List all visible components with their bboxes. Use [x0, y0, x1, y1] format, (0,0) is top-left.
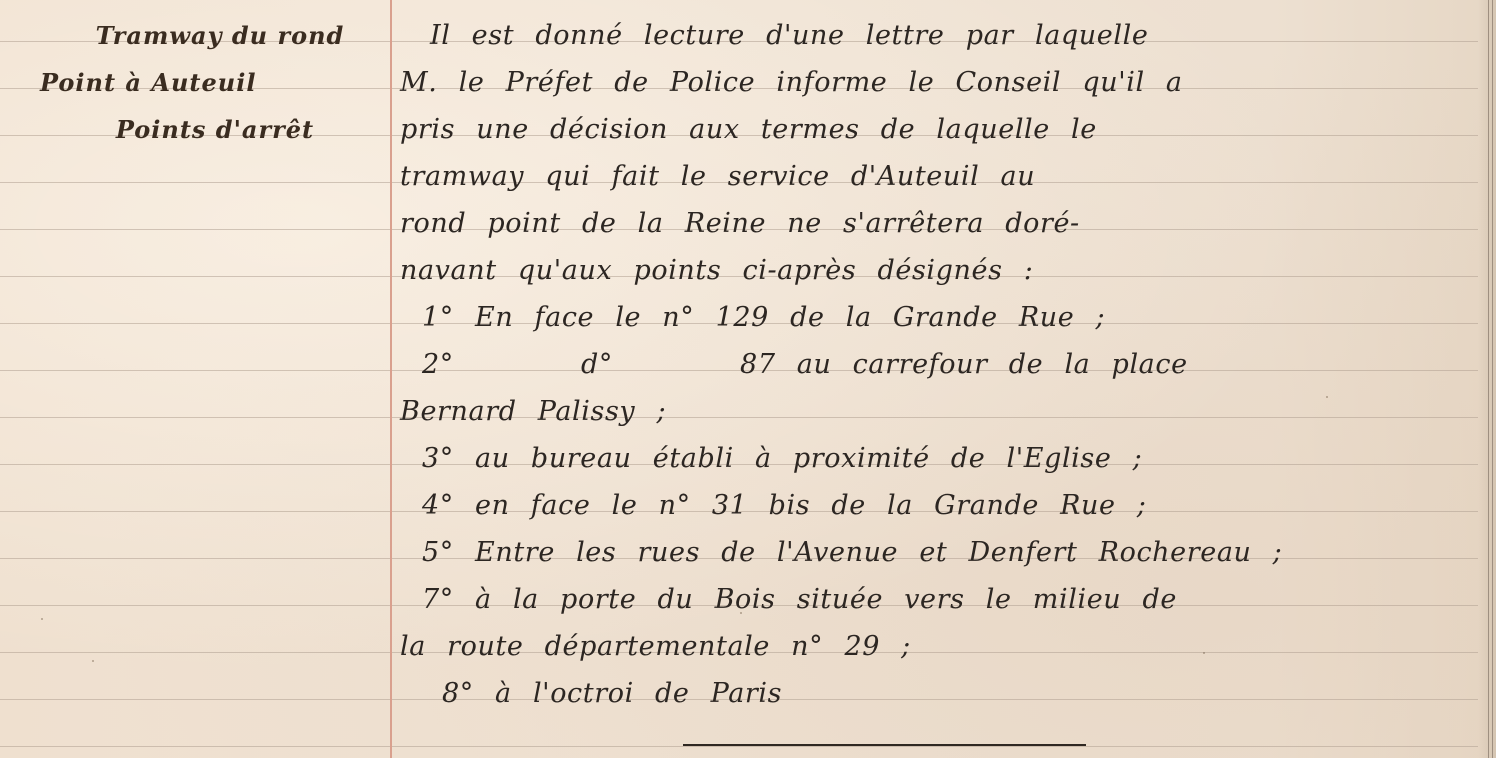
body-line: pris une décision aux termes de laquelle…: [400, 106, 1470, 153]
register-page: Tramway du rond Point à Auteuil Points d…: [0, 0, 1496, 758]
list-item-stop: 2° d° 87 au carrefour de la place: [400, 341, 1470, 388]
paper-speck: [1326, 396, 1328, 398]
paper-speck: [740, 612, 742, 614]
margin-heading: Tramway du rond Point à Auteuil Points d…: [40, 12, 380, 153]
list-item-stop: 1° En face le n° 129 de la Grande Rue ;: [400, 294, 1470, 341]
body-line: tramway qui fait le service d'Auteuil au: [400, 153, 1470, 200]
page-edge-line: [1492, 0, 1493, 758]
page-edge-shadow: [1478, 0, 1496, 758]
paper-speck: [92, 660, 94, 662]
body-line: Il est donné lecture d'une lettre par la…: [400, 12, 1470, 59]
minutes-entry: Il est donné lecture d'une lettre par la…: [400, 12, 1470, 717]
body-line: rond point de la Reine ne s'arrêtera dor…: [400, 200, 1470, 247]
body-line: la route départementale n° 29 ;: [400, 623, 1470, 670]
page-edge-line: [1488, 0, 1489, 758]
body-line: Bernard Palissy ;: [400, 388, 1470, 435]
margin-heading-line: Tramway du rond: [40, 12, 380, 59]
list-item-stop: 8° à l'octroi de Paris: [400, 670, 1470, 717]
closing-rule: [683, 744, 1086, 746]
list-item-stop: 5° Entre les rues de l'Avenue et Denfert…: [400, 529, 1470, 576]
list-item-stop: 3° au bureau établi à proximité de l'Egl…: [400, 435, 1470, 482]
body-line: M. le Préfet de Police informe le Consei…: [400, 59, 1470, 106]
paper-speck: [1203, 652, 1205, 654]
paper-speck: [41, 618, 43, 620]
body-line: navant qu'aux points ci-après désignés :: [400, 247, 1470, 294]
margin-rule: [390, 0, 392, 758]
margin-heading-line: Point à Auteuil: [40, 59, 380, 106]
list-item-stop: 7° à la porte du Bois située vers le mil…: [400, 576, 1470, 623]
list-item-stop: 4° en face le n° 31 bis de la Grande Rue…: [400, 482, 1470, 529]
ruled-line: [0, 746, 1478, 747]
margin-heading-line: Points d'arrêt: [40, 106, 380, 153]
